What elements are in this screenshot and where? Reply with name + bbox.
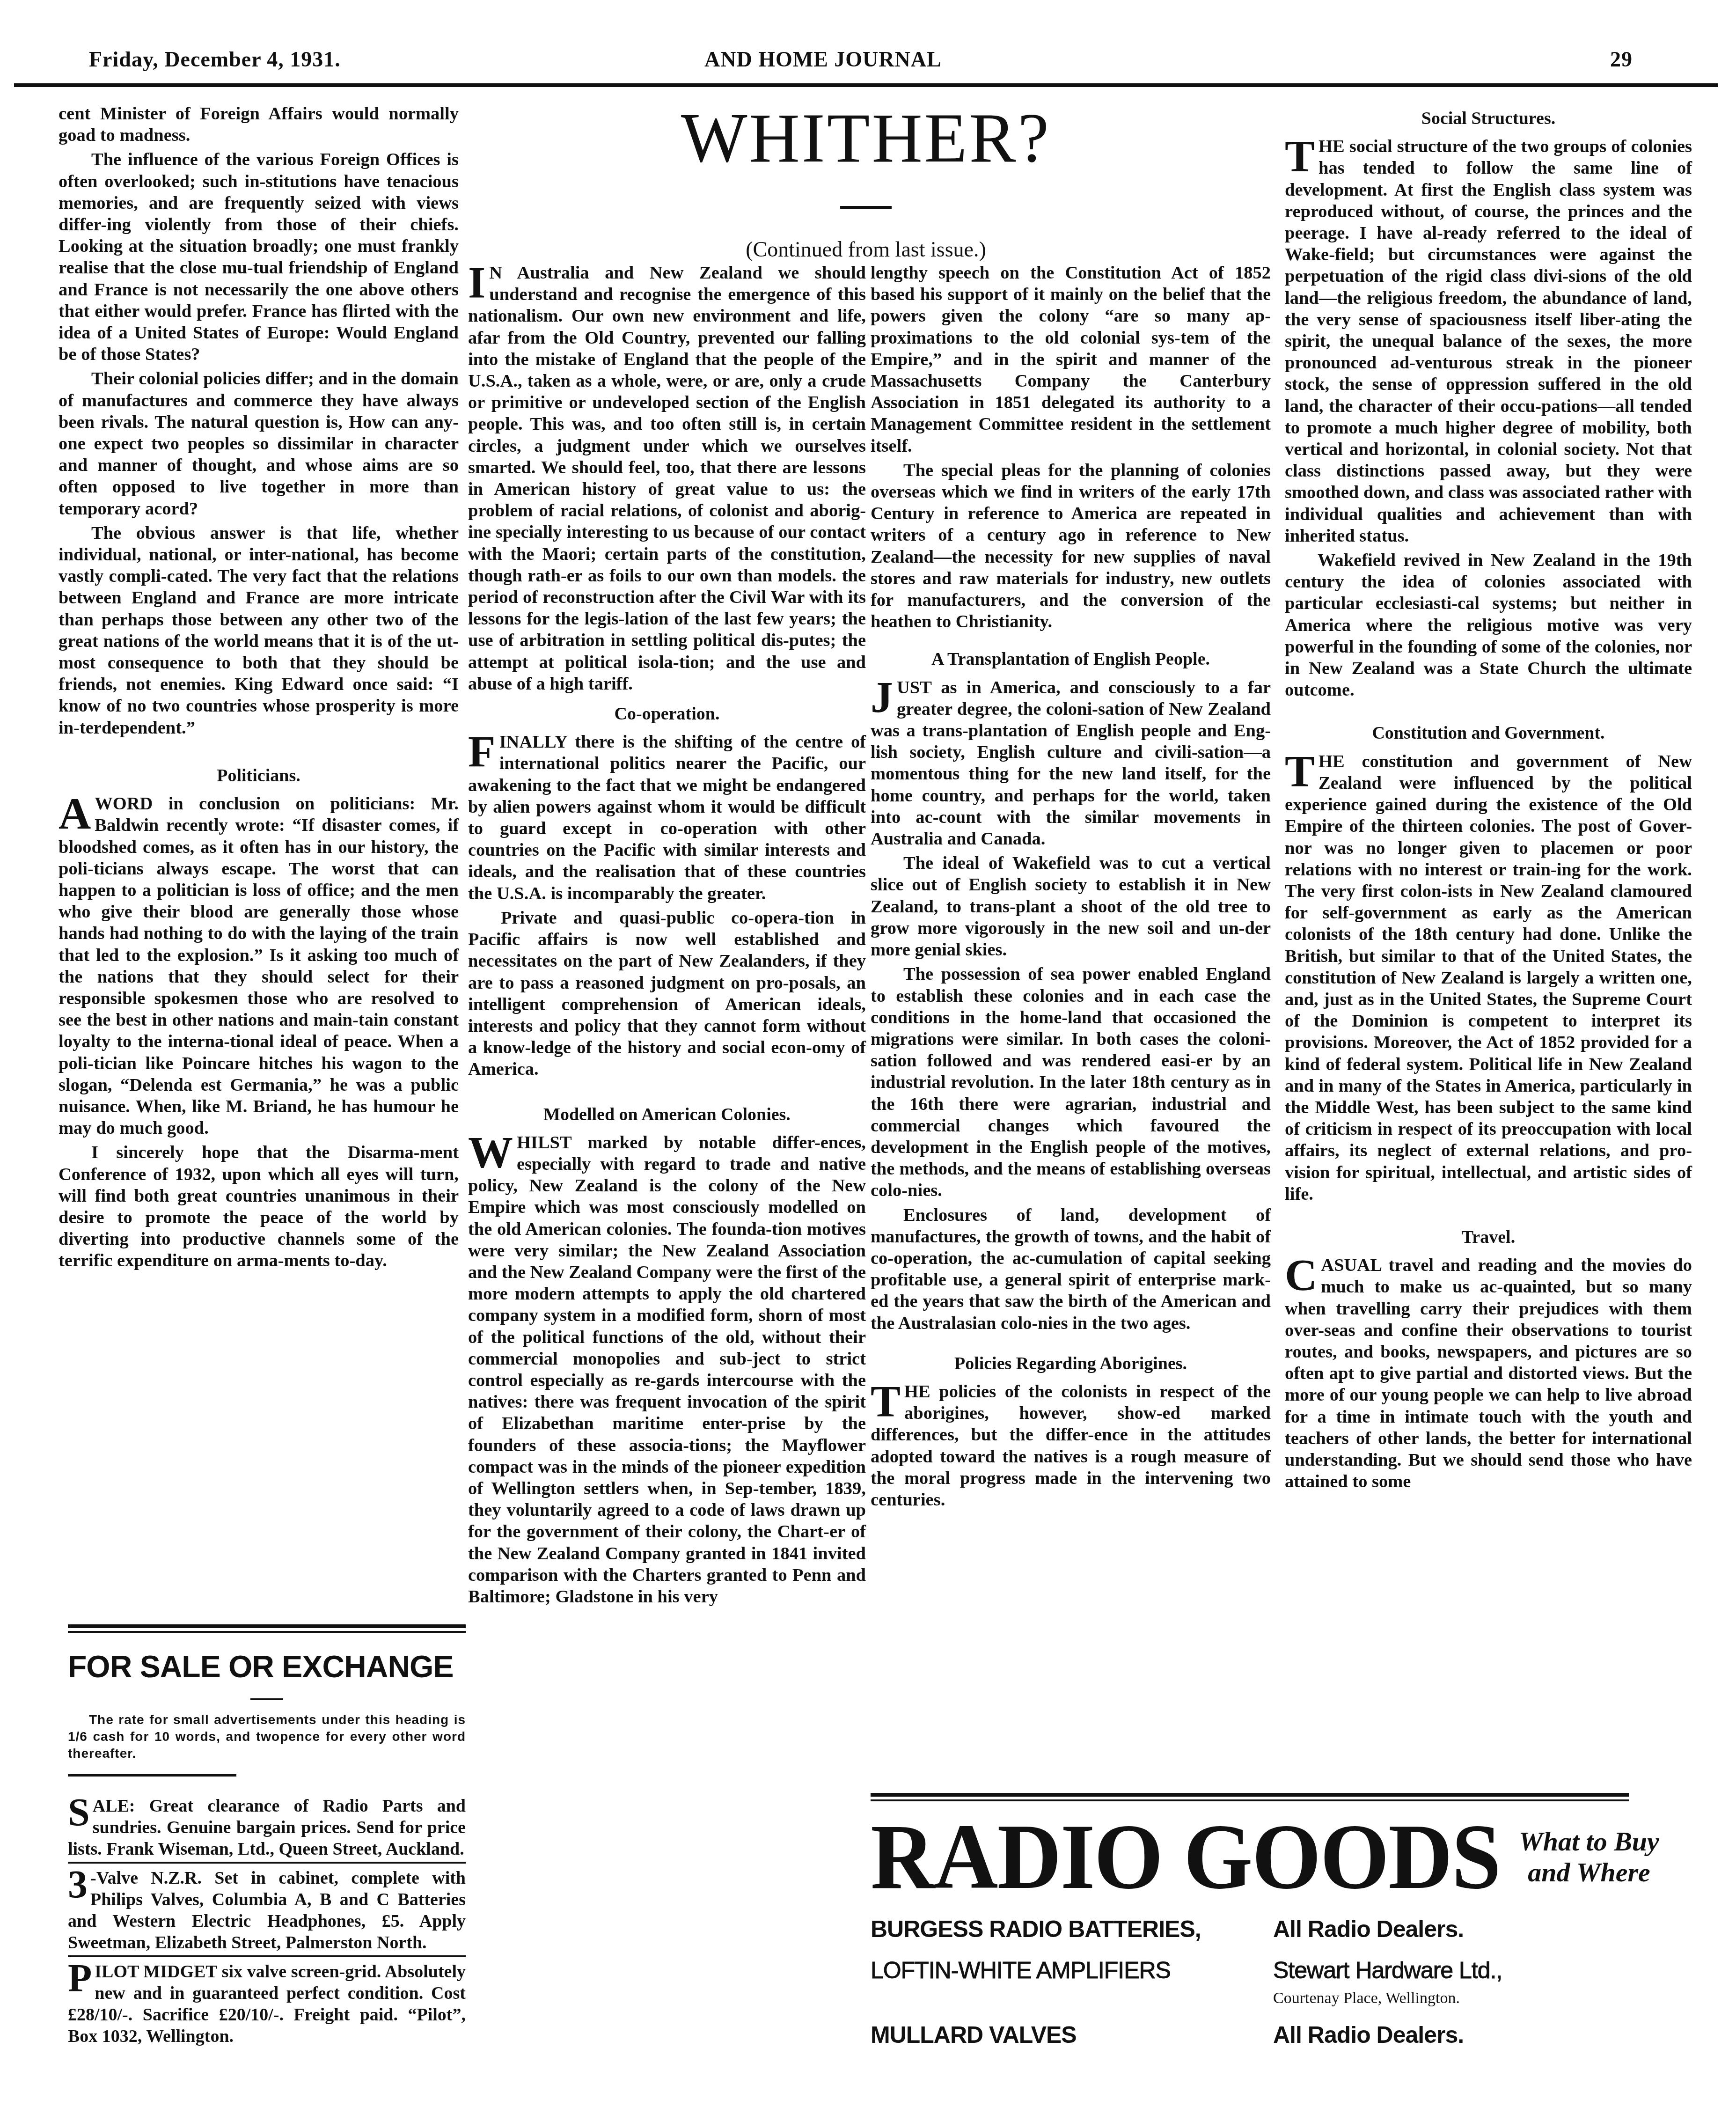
paragraph: AWORD in conclusion on politicians: Mr. … — [59, 793, 459, 1139]
paragraph: lengthy speech on the Constitution Act o… — [871, 262, 1271, 457]
drop-cap: F — [468, 731, 499, 771]
paragraph: THE constitution and government of New Z… — [1285, 751, 1692, 1205]
ad-product: LOFTIN-WHITE AMPLIFIERS — [871, 1957, 1273, 2007]
issue-date: Friday, December 4, 1931. — [89, 47, 341, 72]
drop-cap: I — [468, 262, 489, 301]
paragraph: THE social structure of the two groups o… — [1285, 136, 1692, 547]
paragraph: The ideal of Wakefield was to cut a vert… — [871, 852, 1271, 961]
drop-cap: T — [1285, 136, 1318, 175]
ad-tagline: What to Buy and Where — [1519, 1826, 1659, 1888]
ad-dealer-block: Stewart Hardware Ltd., Courtenay Place, … — [1273, 1957, 1648, 2007]
section-heading-constitution: Constitution and Government. — [1285, 722, 1692, 744]
ad-listings: BURGESS RADIO BATTERIES, All Radio Deale… — [871, 1916, 1694, 2048]
ad-dealer: All Radio Dealers. — [1273, 2021, 1648, 2048]
ad-dealer-address: Courtenay Place, Wellington. — [1273, 1990, 1648, 2007]
radio-goods-ad: RADIO GOODS What to Buy and Where BURGES… — [871, 1793, 1694, 2048]
title-rule — [840, 206, 892, 209]
paragraph: I sincerely hope that the Disarma-ment C… — [59, 1142, 459, 1271]
paragraph: Wakefield revived in New Zealand in the … — [1285, 550, 1692, 701]
column-1: cent Minister of Foreign Affairs would n… — [59, 103, 459, 1275]
ad-product: BURGESS RADIO BATTERIES, — [871, 1916, 1273, 1943]
paragraph: The possession of sea power enabled Engl… — [871, 963, 1271, 1201]
for-sale-heading: FOR SALE OR EXCHANGE — [68, 1649, 466, 1684]
drop-cap: T — [1285, 751, 1318, 790]
drop-cap: S — [68, 1795, 93, 1830]
section-rule — [68, 1624, 466, 1633]
paragraph: JUST as in America, and consciously to a… — [871, 677, 1271, 850]
publication-name: AND HOME JOURNAL — [704, 47, 942, 72]
drop-cap: T — [871, 1381, 904, 1420]
article-subtitle: (Continued from last issue.) — [655, 237, 1077, 262]
section-heading-politicians: Politicians. — [59, 765, 459, 786]
divider — [68, 1774, 236, 1777]
ad-dealer: All Radio Dealers. — [1273, 1916, 1648, 1943]
paragraph: Their colonial policies differ; and in t… — [59, 368, 459, 519]
for-sale-rate-note: The rate for small advertisements under … — [68, 1711, 466, 1762]
paragraph: cent Minister of Foreign Affairs would n… — [59, 103, 459, 146]
ad-rule — [871, 1793, 1629, 1801]
paragraph: IN Australia and New Zealand we should u… — [468, 262, 866, 695]
drop-cap: P — [68, 1961, 95, 1996]
column-2: IN Australia and New Zealand we should u… — [468, 262, 866, 1610]
divider — [250, 1698, 283, 1700]
ad-headline-row: RADIO GOODS What to Buy and Where — [871, 1813, 1694, 1901]
section-heading-policies: Policies Regarding Aborigines. — [871, 1353, 1271, 1374]
classified-ad: SALE: Great clearance of Radio Parts and… — [68, 1795, 466, 1864]
drop-cap: 3 — [68, 1867, 90, 1902]
paragraph: FINALLY there is the shifting of the cen… — [468, 731, 866, 904]
section-heading-cooperation: Co-operation. — [468, 703, 866, 725]
drop-cap: W — [468, 1132, 517, 1171]
paragraph: THE policies of the colonists in respect… — [871, 1381, 1271, 1511]
ad-product: MULLARD VALVES — [871, 2021, 1273, 2048]
classified-ad: 3-Valve N.Z.R. Set in cabinet, complete … — [68, 1867, 466, 1957]
paragraph: The influence of the various Foreign Off… — [59, 149, 459, 365]
header-rule — [14, 83, 1718, 87]
column-3: lengthy speech on the Constitution Act o… — [871, 262, 1271, 1513]
drop-cap: A — [59, 793, 95, 832]
paragraph: CASUAL travel and reading and the movies… — [1285, 1255, 1692, 1492]
classified-ad: PILOT MIDGET six valve screen-grid. Abso… — [68, 1961, 466, 2049]
section-heading-modelled: Modelled on American Colonies. — [468, 1104, 866, 1125]
paragraph: Private and quasi-public co-opera-tion i… — [468, 907, 866, 1080]
drop-cap: C — [1285, 1255, 1321, 1294]
page-number: 29 — [1610, 47, 1633, 72]
paragraph: Enclosures of land, development of manuf… — [871, 1204, 1271, 1334]
article-title-block: WHITHER? (Continued from last issue.) — [655, 103, 1077, 262]
ad-headline: RADIO GOODS — [871, 1810, 1500, 1904]
section-heading-travel: Travel. — [1285, 1226, 1692, 1248]
classified-ads: SALE: Great clearance of Radio Parts and… — [68, 1795, 466, 2049]
section-heading-transplantation: A Transplantation of English People. — [871, 648, 1271, 670]
paragraph: WHILST marked by notable differ-ences, e… — [468, 1132, 866, 1608]
column-4: Social Structures. THE social structure … — [1285, 103, 1692, 1495]
paragraph: The obvious answer is that life, whether… — [59, 522, 459, 739]
paragraph: The special pleas for the planning of co… — [871, 460, 1271, 633]
for-sale-section: FOR SALE OR EXCHANGE The rate for small … — [68, 1624, 466, 2053]
section-heading-social: Social Structures. — [1285, 108, 1692, 129]
ad-dealer: Stewart Hardware Ltd., — [1273, 1957, 1648, 1984]
article-title: WHITHER? — [655, 103, 1077, 173]
drop-cap: J — [871, 677, 897, 716]
